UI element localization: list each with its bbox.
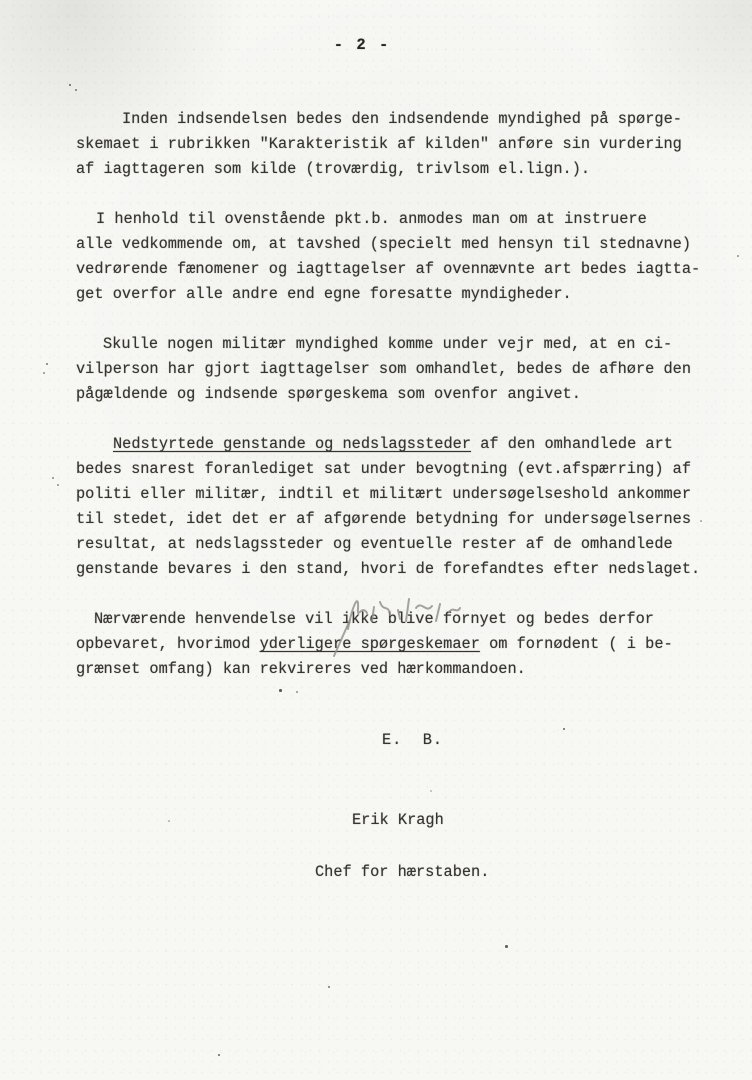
- scan-speck: [737, 255, 739, 257]
- signatory-title: Chef for hærstaben.: [76, 860, 718, 885]
- paragraph-4: Nedstyrtede genstande og nedslagssteder …: [76, 432, 718, 582]
- scan-speck: [52, 477, 54, 479]
- scan-speck: [57, 484, 59, 486]
- scan-speck: [168, 820, 170, 822]
- scan-speck: [75, 89, 77, 91]
- scan-speck: [563, 728, 565, 730]
- scan-speck: [296, 691, 298, 693]
- handwritten-signature-scrawl: [322, 583, 472, 661]
- scan-speck: [218, 1054, 220, 1056]
- scan-speck: [43, 372, 45, 374]
- signatory-name: Erik Kragh: [76, 808, 718, 833]
- scan-speck: [69, 84, 71, 86]
- paragraph-2: I henhold til ovenstående pkt.b. anmodes…: [76, 207, 718, 307]
- underlined-phrase-nedstyrtede: Nedstyrtede genstande og nedslagssteder: [113, 435, 471, 453]
- scan-speck: [328, 986, 330, 988]
- paragraph-3: Skulle nogen militær myndighed komme und…: [76, 332, 718, 407]
- scan-speck: [430, 790, 432, 792]
- scan-speck: [505, 945, 508, 948]
- signature-initials: E. B.: [76, 728, 718, 753]
- letter-body: Inden indsendelsen bedes den indsendende…: [76, 82, 718, 910]
- page-number: - 2 -: [0, 36, 724, 54]
- paragraph-4-rest: af den omhandlede art bedes snarest fora…: [76, 435, 700, 578]
- scan-speck: [46, 363, 48, 365]
- scan-speck: [700, 520, 702, 522]
- scan-speck: [279, 689, 282, 692]
- paragraph-1: Inden indsendelsen bedes den indsendende…: [76, 107, 718, 182]
- scanned-document-page: - 2 - Inden indsendelsen bedes den indse…: [0, 0, 752, 1080]
